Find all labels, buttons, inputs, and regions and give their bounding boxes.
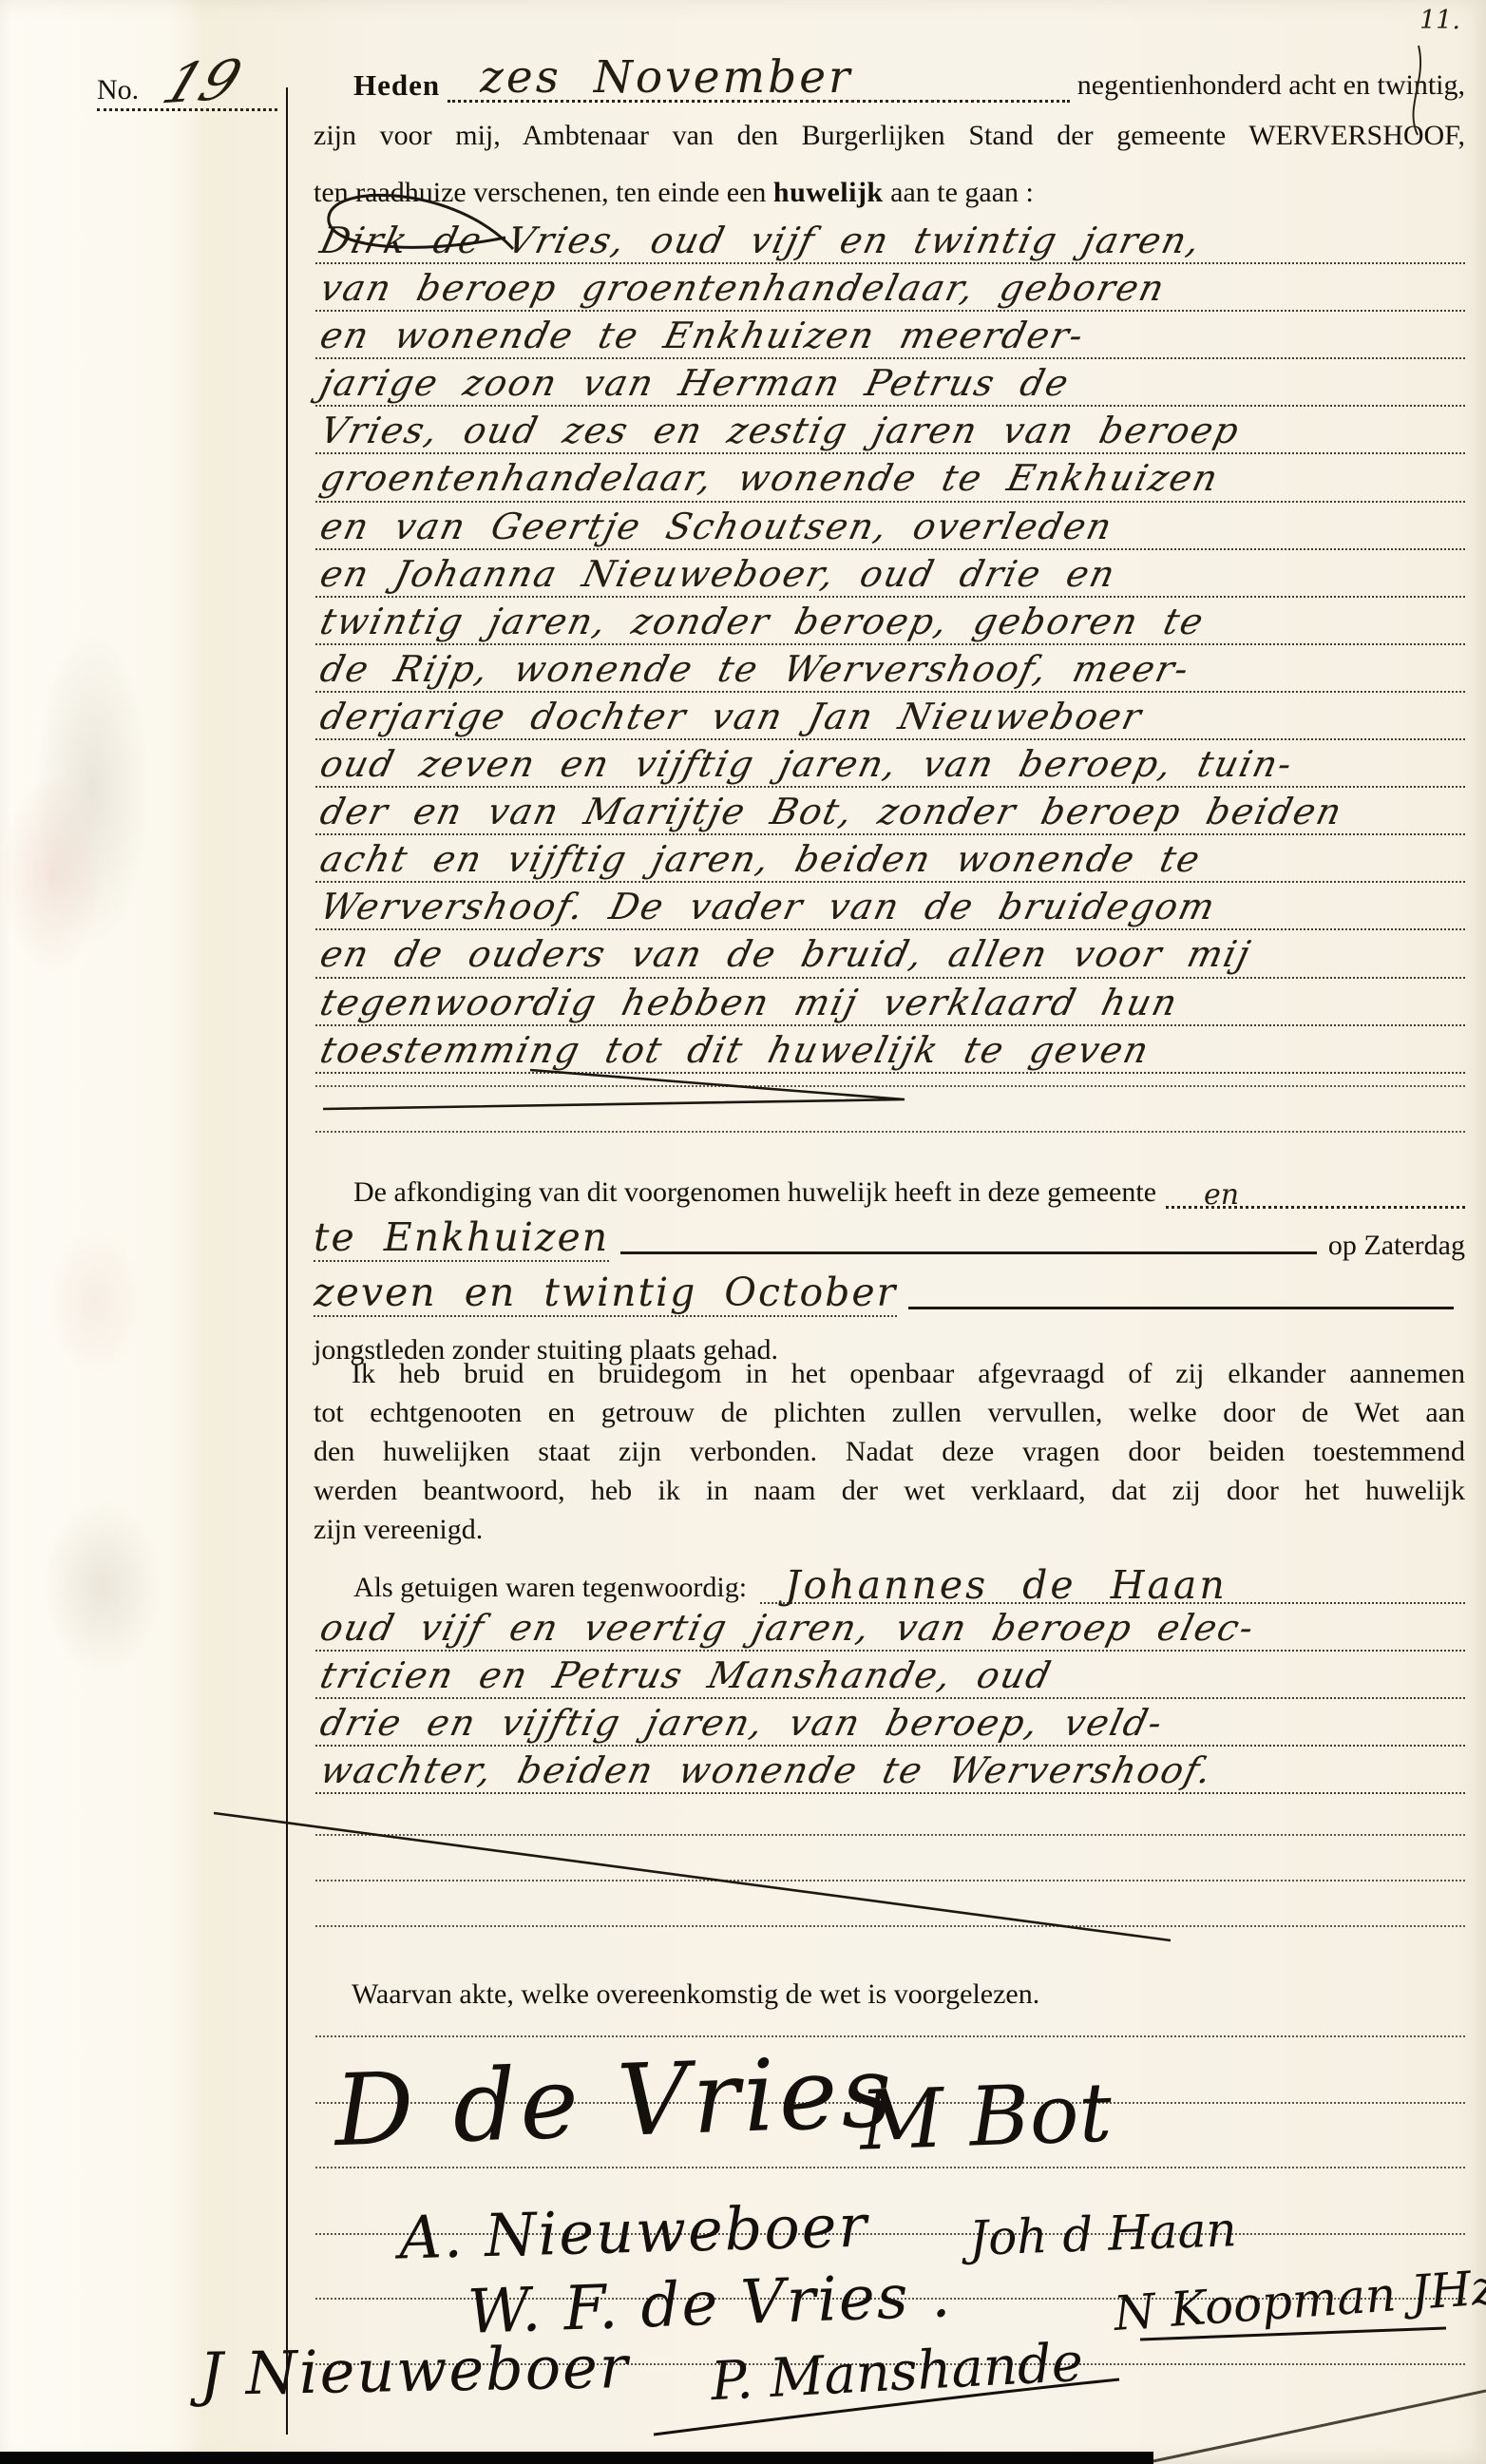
- dotted-leader: Johannes de Haan: [760, 1555, 1465, 1604]
- handwritten-line: en Johanna Nieuweboer, oud drie en: [315, 550, 1465, 598]
- handwritten-text: der en van Marijtje Bot, zonder beroep b…: [310, 788, 1347, 835]
- handwritten-line: Dirk de Vries, oud vijf en twintig jaren…: [315, 217, 1465, 264]
- empty-form-rule: [315, 1880, 1465, 1881]
- handwritten-line: drie en vijftig jaren, van beroep, veld-: [315, 1699, 1465, 1747]
- page-marker: 11.: [1419, 6, 1460, 35]
- signature-j-nieuweboer: J Nieuweboer: [199, 2332, 630, 2409]
- parties-handwritten-block: Dirk de Vries, oud vijf en twintig jaren…: [315, 217, 1465, 1074]
- handwritten-text: acht en vijftig jaren, beiden wonende te: [310, 835, 1206, 883]
- signature-p-manshande: P. Manshande: [710, 2332, 1085, 2413]
- handwritten-line: de Rijp, wonende te Wervershoof, meer-: [315, 645, 1465, 693]
- handwritten-text: en de ouders van de bruid, allen voor mi…: [310, 930, 1256, 978]
- handwritten-text: drie en vijftig jaren, van beroep, veld-: [310, 1699, 1169, 1747]
- handwritten-text: Dirk de Vries, oud vijf en twintig jaren…: [310, 217, 1206, 264]
- handwritten-text: wachter, beiden wonende te Wervershoof.: [310, 1747, 1218, 1794]
- handwritten-line: toestemming tot dit huwelijk te geven: [315, 1026, 1465, 1074]
- printed-year: negentienhonderd acht en twintig,: [1077, 69, 1465, 103]
- handwritten-line: oud vijf en veertig jaren, van beroep el…: [315, 1604, 1465, 1652]
- handwritten-line: en wonende te Enkhuizen meerder-: [315, 312, 1465, 359]
- op-zaterdag-label: op Zaterdag: [1328, 1230, 1465, 1262]
- waarvan-akte-line: Waarvan akte, welke overeenkomstig de we…: [314, 1978, 1465, 2011]
- scan-edge-bar: [0, 2452, 1153, 2464]
- witnesses-handwritten-block: oud vijf en veertig jaren, van beroep el…: [315, 1604, 1465, 1794]
- signature-official: N Koopman JHz: [1112, 2260, 1486, 2341]
- margin-rule: [286, 87, 288, 2435]
- signature-m-bot: M Bot: [858, 2065, 1113, 2168]
- scan-smudge: [0, 732, 124, 1017]
- handwritten-line: van beroep groentenhandelaar, geboren: [315, 264, 1465, 312]
- marriage-certificate-scan: 11. No. 19 Heden zes November negentienh…: [0, 0, 1486, 2464]
- handwritten-text: en wonende te Enkhuizen meerder-: [310, 312, 1090, 359]
- declaration-line: den huwelijken staat zijn verbonden. Nad…: [314, 1432, 1465, 1471]
- handwritten-line: groentenhandelaar, wonende te Enkhuizen: [315, 454, 1465, 502]
- handwritten-witness-name: Johannes de Haan: [785, 1562, 1228, 1608]
- empty-form-rule: [315, 1834, 1465, 1836]
- handwritten-text: van beroep groentenhandelaar, geboren: [310, 264, 1171, 312]
- handwritten-line: en de ouders van de bruid, allen voor mi…: [315, 930, 1465, 978]
- witnesses-label: Als getuigen waren tegenwoordig:: [314, 1572, 747, 1604]
- handwritten-en: en: [1204, 1178, 1239, 1212]
- handwritten-text: de Rijp, wonende te Wervershoof, meer-: [310, 645, 1194, 693]
- handwritten-text: derjarige dochter van Jan Nieuweboer: [310, 693, 1147, 740]
- handwritten-line: Vries, oud zes en zestig jaren van beroe…: [315, 407, 1465, 454]
- date-dotted-leader: zes November: [448, 45, 1070, 103]
- announcement-line3: zeven en twintig October: [314, 1264, 1465, 1317]
- handwritten-line: derjarige dochter van Jan Nieuweboer: [315, 693, 1465, 740]
- handwritten-date: zes November: [480, 51, 852, 104]
- dotted-leader: en: [1166, 1158, 1465, 1209]
- handwritten-line: tegenwoordig hebben mij verklaard hun: [315, 979, 1465, 1026]
- handwritten-text: en Johanna Nieuweboer, oud drie en: [310, 550, 1121, 598]
- huwelijk-bold: huwelijk: [773, 177, 884, 208]
- witnesses-label-line: Als getuigen waren tegenwoordig: Johanne…: [314, 1557, 1465, 1604]
- act-number: 19: [154, 48, 250, 117]
- handwritten-announce-date: zeven en twintig October: [314, 1270, 897, 1317]
- declaration-line: tot echtgenooten en getrouw de plichten …: [314, 1393, 1465, 1432]
- signature-groom: D de Vries: [333, 2034, 898, 2169]
- signature-a-nieuweboer: A. Nieuweboer: [398, 2191, 869, 2273]
- empty-form-rule: [315, 1925, 1465, 1927]
- handwritten-line: tricien en Petrus Manshande, oud: [315, 1652, 1465, 1699]
- scan-smudge: [29, 1197, 162, 1406]
- declaration-line: Ik heb bruid en bruidegom in het openbaa…: [314, 1354, 1465, 1393]
- handwritten-text: Vries, oud zes en zestig jaren van beroe…: [310, 407, 1245, 454]
- handwritten-text: groentenhandelaar, wonende te Enkhuizen: [310, 454, 1224, 502]
- pen-rule-filler: [908, 1307, 1454, 1309]
- handwritten-text: en van Geertje Schoutsen, overleden: [310, 503, 1117, 550]
- handwritten-line: en van Geertje Schoutsen, overleden: [315, 503, 1465, 550]
- declaration-line: werden beantwoord, heb ik in naam der we…: [314, 1471, 1465, 1510]
- handwritten-text: oud zeven en vijftig jaren, van beroep, …: [310, 740, 1298, 788]
- handwritten-place: te Enkhuizen: [314, 1214, 609, 1262]
- signature-joh-d-haan: Joh d Haan: [968, 2202, 1237, 2266]
- empty-form-rule: [315, 1131, 1465, 1133]
- empty-form-rule: [315, 1085, 1465, 1087]
- handwritten-line: twintig jaren, zonder beroep, geboren te: [315, 598, 1465, 645]
- handwritten-text: tegenwoordig hebben mij verklaard hun: [310, 979, 1183, 1026]
- handwritten-line: jarige zoon van Herman Petrus de: [315, 359, 1465, 407]
- pen-rule-filler: [620, 1251, 1317, 1254]
- declaration-line: zijn vereenigd.: [314, 1510, 1465, 1549]
- appearance-line-post: aan te gaan :: [884, 177, 1034, 208]
- handwritten-text: twintig jaren, zonder beroep, geboren te: [310, 598, 1210, 645]
- handwritten-line: acht en vijftig jaren, beiden wonende te: [315, 835, 1465, 883]
- handwritten-line: der en van Marijtje Bot, zonder beroep b…: [315, 788, 1465, 835]
- handwritten-text: tricien en Petrus Manshande, oud: [310, 1652, 1057, 1699]
- handwritten-text: oud vijf en veertig jaren, van beroep el…: [310, 1604, 1260, 1652]
- handwritten-line: wachter, beiden wonende te Wervershoof.: [315, 1747, 1465, 1794]
- handwritten-text: jarige zoon van Herman Petrus de: [310, 359, 1075, 407]
- no-label: No.: [97, 74, 139, 106]
- appearance-line-pre: ten raadhuize verschenen, ten einde een: [314, 177, 773, 208]
- handwritten-line: oud zeven en vijftig jaren, van beroep, …: [315, 740, 1465, 788]
- handwritten-text: toestemming tot dit huwelijk te geven: [310, 1026, 1154, 1074]
- announcement-printed: De afkondiging van dit voorgenomen huwel…: [314, 1176, 1156, 1209]
- act-number-box: No. 19: [97, 70, 277, 111]
- announcement-line1: De afkondiging van dit voorgenomen huwel…: [314, 1161, 1465, 1209]
- handwritten-text: Wervershoof. De vader van de bruidegom: [310, 883, 1221, 930]
- opening-date-line: Heden zes November negentienhonderd acht…: [314, 48, 1465, 103]
- scan-smudge: [11, 570, 173, 1007]
- announcement-line2: te Enkhuizen op Zaterdag: [314, 1209, 1465, 1262]
- scan-smudge: [17, 1463, 188, 1710]
- heden-label: Heden: [314, 68, 440, 103]
- registrar-line: zijn voor mij, Ambtenaar van den Burgerl…: [314, 120, 1465, 152]
- appearance-line: ten raadhuize verschenen, ten einde een …: [314, 177, 1465, 209]
- declaration-paragraph: Ik heb bruid en bruidegom in het openbaa…: [314, 1354, 1465, 1549]
- handwritten-line: Wervershoof. De vader van de bruidegom: [315, 883, 1465, 930]
